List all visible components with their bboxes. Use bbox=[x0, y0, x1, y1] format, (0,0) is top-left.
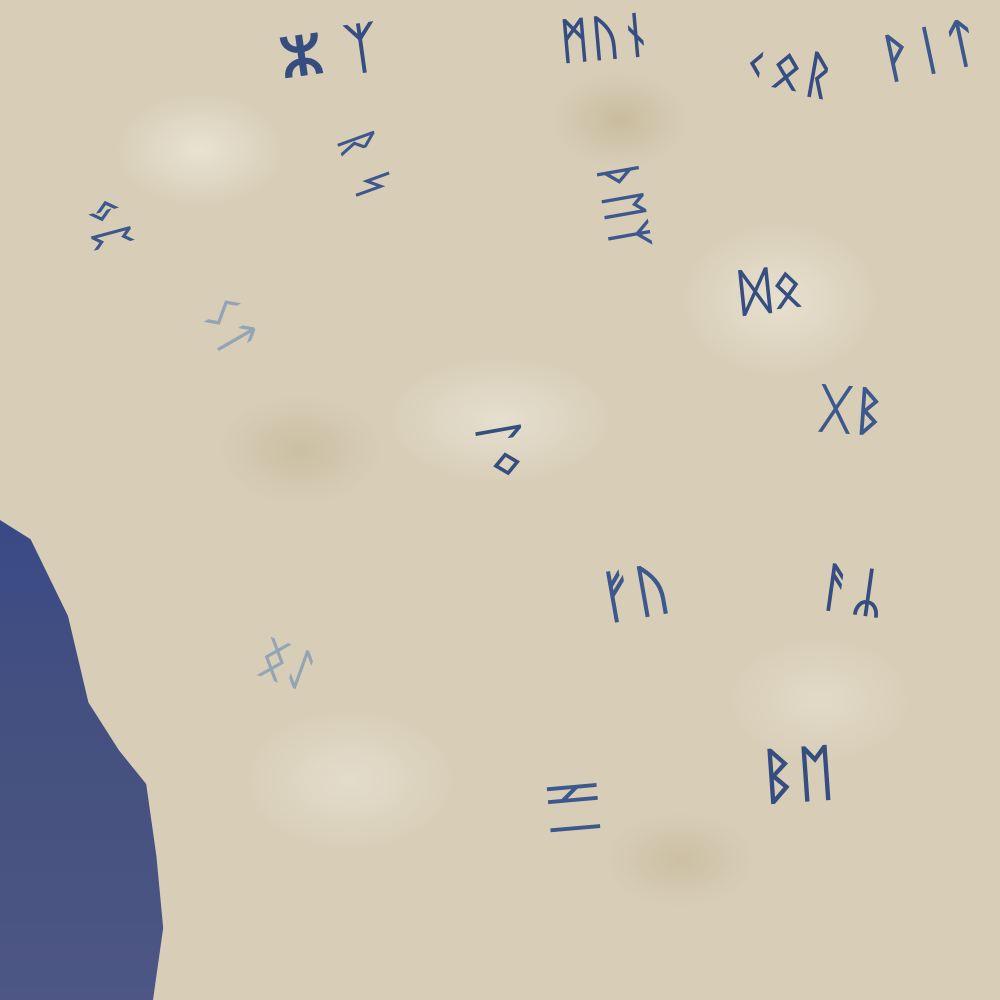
script-motif: ᚦᛖᛉ bbox=[590, 159, 659, 256]
script-motif: ᚺᛁ bbox=[540, 775, 610, 849]
rug-photo: ⵣ ᛉ ᚱ ᛋ ᛗᚢᚾ ᚦᛖᛉ ᚲᛟᚱ ᚹᛁᛏ ᛃᛈ ᛊᛏ ᛞᛟ ᚷᛒ ᛚᛜ ᚠ… bbox=[0, 0, 1000, 1000]
script-motif: ᚨᛦ bbox=[816, 556, 890, 626]
script-motif: ᚱ ᛋ bbox=[330, 123, 400, 207]
script-motif: ᚷᛒ bbox=[818, 378, 888, 443]
script-motif: ᛒᛖ bbox=[758, 737, 839, 812]
script-motif: ᛞᛟ bbox=[737, 257, 807, 322]
script-motif: ᛗᚢᚾ bbox=[558, 6, 655, 70]
script-motif: ᚠᚢ bbox=[595, 554, 677, 631]
script-motif: ᛚᛜ bbox=[467, 413, 536, 486]
script-motif: ᛝᛇ bbox=[253, 632, 324, 699]
script-motif: ᛊᛏ bbox=[191, 288, 267, 366]
script-motif: ᛃᛈ bbox=[76, 191, 140, 259]
script-motif: ᚲᛟᚱ bbox=[736, 32, 841, 107]
blue-field-region bbox=[0, 520, 170, 1000]
script-motif: ᚹᛁᛏ bbox=[875, 10, 985, 90]
script-motif: ⵣ ᛉ bbox=[276, 13, 384, 90]
